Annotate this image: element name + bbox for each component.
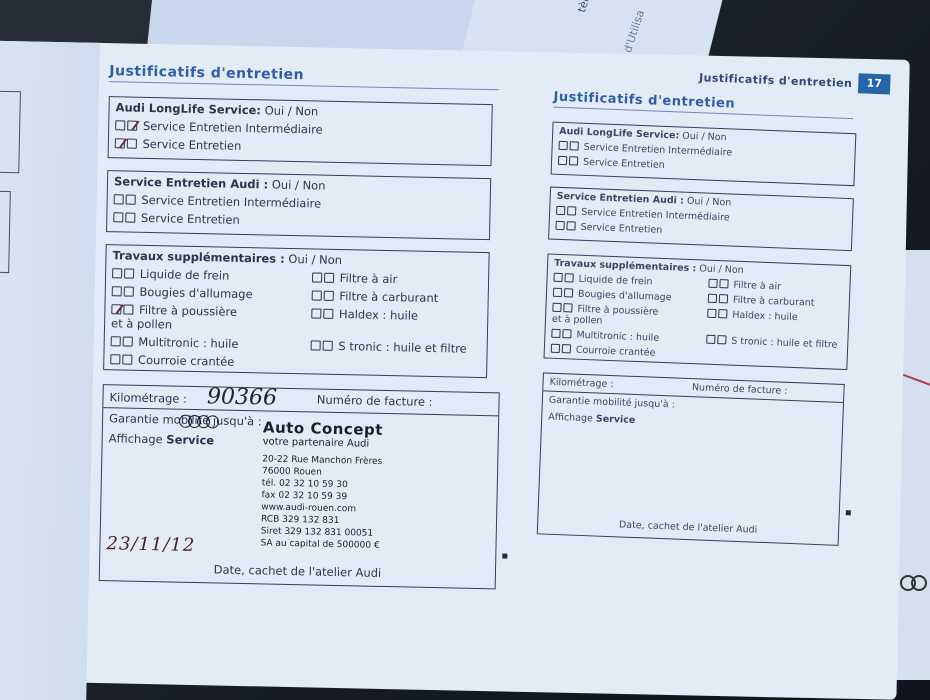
checkbox-oui[interactable] xyxy=(114,194,124,204)
checkbox-non[interactable] xyxy=(566,221,575,230)
checklist-item: Filtre à poussière et à pollen xyxy=(111,302,242,333)
checklist-item: Liquide de frein xyxy=(112,266,312,284)
checkbox-oui[interactable] xyxy=(551,329,560,338)
invoice-field[interactable]: Numéro de facture : xyxy=(317,393,433,411)
service-booklet: Justificatifs d'entretien Audi LongLife … xyxy=(0,40,910,700)
checkbox-non[interactable] xyxy=(567,206,576,215)
audi-rings-icon xyxy=(183,415,219,432)
checkbox-non[interactable] xyxy=(123,336,133,346)
handwritten-date: 23/11/12 xyxy=(106,533,195,556)
checkbox-oui[interactable] xyxy=(708,279,717,288)
service-audi-section: Service Entretien Audi : Oui / Non Servi… xyxy=(548,187,854,252)
checklist-item: S tronic : huile et filtre xyxy=(311,338,481,356)
checkbox-non[interactable] xyxy=(570,141,579,150)
longlife-section: Audi LongLife Service: Oui / Non Service… xyxy=(108,96,493,166)
checkbox-oui[interactable] xyxy=(552,303,561,312)
checkbox-non[interactable] xyxy=(719,279,728,288)
page-title: Justificatifs d'entretien xyxy=(109,63,499,90)
checkbox-non[interactable] xyxy=(323,341,333,351)
stamp-footer: Date, cachet de l'atelier Audi xyxy=(100,560,495,582)
stamp-box: Kilométrage :90366 Numéro de facture : G… xyxy=(99,384,500,589)
extra-work-section: Travaux supplémentaires : Oui / Non Liqu… xyxy=(544,253,852,370)
checkbox-oui[interactable] xyxy=(112,268,122,278)
checkbox-non[interactable] xyxy=(564,288,573,297)
checkbox-non[interactable] xyxy=(123,304,133,314)
form-box xyxy=(0,90,21,173)
invoice-field[interactable]: Numéro de facture : xyxy=(692,382,788,397)
end-marker xyxy=(846,510,851,515)
service-audi-section: Service Entretien Audi : Oui / Non Servi… xyxy=(106,170,491,240)
checkbox-oui[interactable] xyxy=(111,336,121,346)
checkbox-oui[interactable] xyxy=(556,206,565,215)
form-box xyxy=(0,190,11,273)
checkbox-oui[interactable] xyxy=(115,138,125,148)
longlife-section: Audi LongLife Service: Oui / Non Service… xyxy=(551,122,857,187)
end-marker xyxy=(502,553,507,558)
checkbox-oui[interactable] xyxy=(706,335,715,344)
checkbox-non[interactable] xyxy=(562,344,571,353)
checkbox-non[interactable] xyxy=(562,329,571,338)
checkbox-non[interactable] xyxy=(127,121,137,131)
checkbox-non[interactable] xyxy=(564,273,573,282)
checkbox-non[interactable] xyxy=(717,335,726,344)
checkbox-non[interactable] xyxy=(719,294,728,303)
checkbox-oui[interactable] xyxy=(113,212,123,222)
dealer-stamp: Auto Concept votre partenaire Audi 20-22… xyxy=(260,418,383,551)
checklist-row: Service Entretien xyxy=(113,210,483,232)
checkbox-non[interactable] xyxy=(122,354,132,364)
checklist-item: Bougies d'allumage xyxy=(112,284,312,302)
checkbox-non[interactable] xyxy=(125,213,135,223)
checkbox-oui[interactable] xyxy=(111,304,121,314)
checkbox-non[interactable] xyxy=(323,309,333,319)
checklist-item: Filtre à air xyxy=(312,270,482,288)
page-number: 17 xyxy=(858,73,891,94)
checkbox-non[interactable] xyxy=(124,286,134,296)
checkbox-oui[interactable] xyxy=(115,120,125,130)
checkbox-non[interactable] xyxy=(124,268,134,278)
checkbox-oui[interactable] xyxy=(559,141,568,150)
stamp-box: Kilométrage : Numéro de facture : Garant… xyxy=(537,372,845,545)
checklist-item: Haldex : huile xyxy=(311,306,482,338)
checklist-item: Multitronic : huile xyxy=(111,334,311,352)
stamp-footer: Date, cachet de l'atelier Audi xyxy=(538,516,838,539)
km-field[interactable]: Kilométrage :90366 xyxy=(109,388,277,408)
checklist-row: Service Entretien xyxy=(115,136,485,158)
checkbox-oui[interactable] xyxy=(112,286,122,296)
checkbox-oui[interactable] xyxy=(312,272,322,282)
checkbox-non[interactable] xyxy=(563,303,572,312)
checkbox-non[interactable] xyxy=(324,273,334,283)
km-field[interactable]: Kilométrage : xyxy=(549,377,613,390)
previous-page xyxy=(0,40,100,700)
checkbox-oui[interactable] xyxy=(551,344,560,353)
checkbox-oui[interactable] xyxy=(553,288,562,297)
checkbox-non[interactable] xyxy=(127,139,137,149)
checkbox-oui[interactable] xyxy=(555,221,564,230)
extra-work-section: Travaux supplémentaires : Oui / Non Liqu… xyxy=(103,244,490,378)
checkbox-oui[interactable] xyxy=(312,290,322,300)
checkbox-oui[interactable] xyxy=(553,273,562,282)
checkbox-oui[interactable] xyxy=(311,340,321,350)
running-head: Justificatifs d'entretien xyxy=(699,71,853,90)
left-page: Justificatifs d'entretien Audi LongLife … xyxy=(97,63,530,692)
checkbox-oui[interactable] xyxy=(558,156,567,165)
page-title: Justificatifs d'entretien xyxy=(553,90,853,120)
right-page: Justificatifs d'entretien 17 Justificati… xyxy=(533,80,884,652)
checkbox-oui[interactable] xyxy=(311,308,321,318)
checkbox-non[interactable] xyxy=(324,291,334,301)
checkbox-non[interactable] xyxy=(718,309,727,318)
km-value: 90366 xyxy=(207,384,278,410)
checklist-item: Courroie crantée xyxy=(110,352,310,370)
checkbox-oui[interactable] xyxy=(110,354,120,364)
audi-rings-icon xyxy=(905,575,930,597)
checkbox-non[interactable] xyxy=(126,195,136,205)
checklist-item: Filtre à carburant xyxy=(312,288,482,306)
checkbox-oui[interactable] xyxy=(708,294,717,303)
checkbox-non[interactable] xyxy=(569,156,578,165)
checkbox-oui[interactable] xyxy=(707,309,716,318)
